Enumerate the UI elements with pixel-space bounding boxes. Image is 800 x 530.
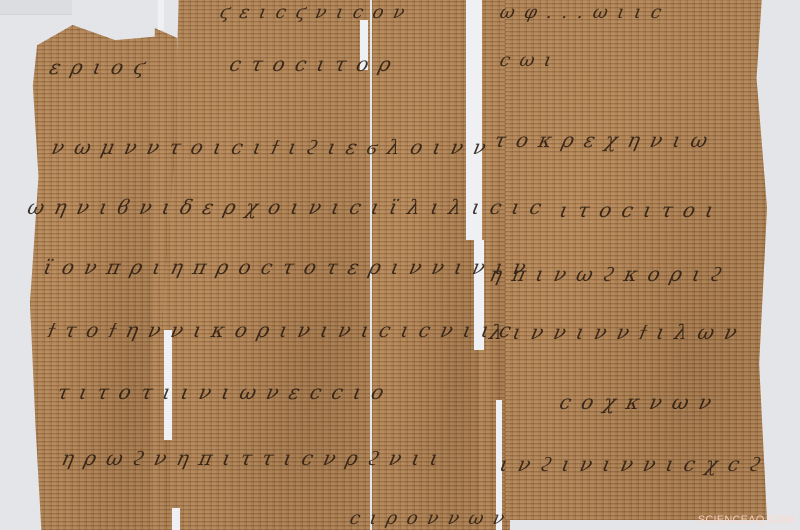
script-line: ϲ τ ο ϲ ι τ ο ρ bbox=[227, 52, 395, 76]
script-line: ϯ τ ο ϯ η ν ν ι κ ο ρ ι ν ι ν ι ϲ ι ϲ ν … bbox=[45, 318, 515, 343]
script-line: ϊ ο ν π ρ ι η π ρ ο ϲ τ ο τ ε ρ ι ν ν ι … bbox=[41, 255, 530, 279]
watermark: SCIENCEAQ.COM bbox=[698, 514, 794, 526]
script-line: ϲ ω ι bbox=[498, 50, 556, 71]
script-line: η π ι ν ω ϩ κ ο ρ ι ϩ bbox=[487, 262, 726, 287]
script-line: τ ο κ ρ ε χ η ν ι ω bbox=[492, 128, 711, 152]
script-line: λ ι ν ν ι ν ν ϯ ι λ ω ν bbox=[487, 320, 741, 345]
script-line: ε ρ ι ο ϛ bbox=[47, 55, 149, 79]
tear-gap bbox=[172, 508, 180, 530]
script-line: ι τ ο ϲ ι τ ο ι bbox=[557, 198, 718, 222]
script-line: τ ι τ ο τ ι ι ν ι ω ν ε ϲ ϲ ι ο bbox=[55, 380, 388, 404]
script-line: ω φ . . . ω ι ι ϲ bbox=[498, 2, 666, 23]
script-line: ι ν ϩ ι ν ι ν ν ι ϲ χ ϲ ϩ bbox=[497, 452, 765, 477]
papyrus-photo: ϛ ε ι ϲ ϛ ν ι ϲ ο νω φ . . . ω ι ι ϲε ρ … bbox=[0, 0, 800, 530]
papyrus-fragment-right bbox=[505, 0, 767, 520]
tear-gap bbox=[158, 0, 164, 30]
script-line: ϲ ο χ κ ν ω ν bbox=[557, 390, 715, 414]
script-line: ϛ ε ι ϲ ϛ ν ι ϲ ο ν bbox=[218, 2, 409, 23]
script-line: η ρ ω ϩ ν η π ι τ τ ι ϲ ν ρ ϩ ν ι ι bbox=[59, 446, 442, 471]
background-card-edge bbox=[0, 0, 72, 15]
script-line: ω η ν ι ϐ ν ι δ ε ρ χ ο ι ν ι ϲ ι ϊ λ ι … bbox=[25, 195, 545, 219]
script-line: ν ω μ ν ν τ ο ι ϲ ι ϯ ι ϩ ι ε ϭ λ ο ι ν … bbox=[49, 135, 490, 160]
script-line: ϲ ι ρ ο ν ν ω ν bbox=[348, 508, 509, 529]
